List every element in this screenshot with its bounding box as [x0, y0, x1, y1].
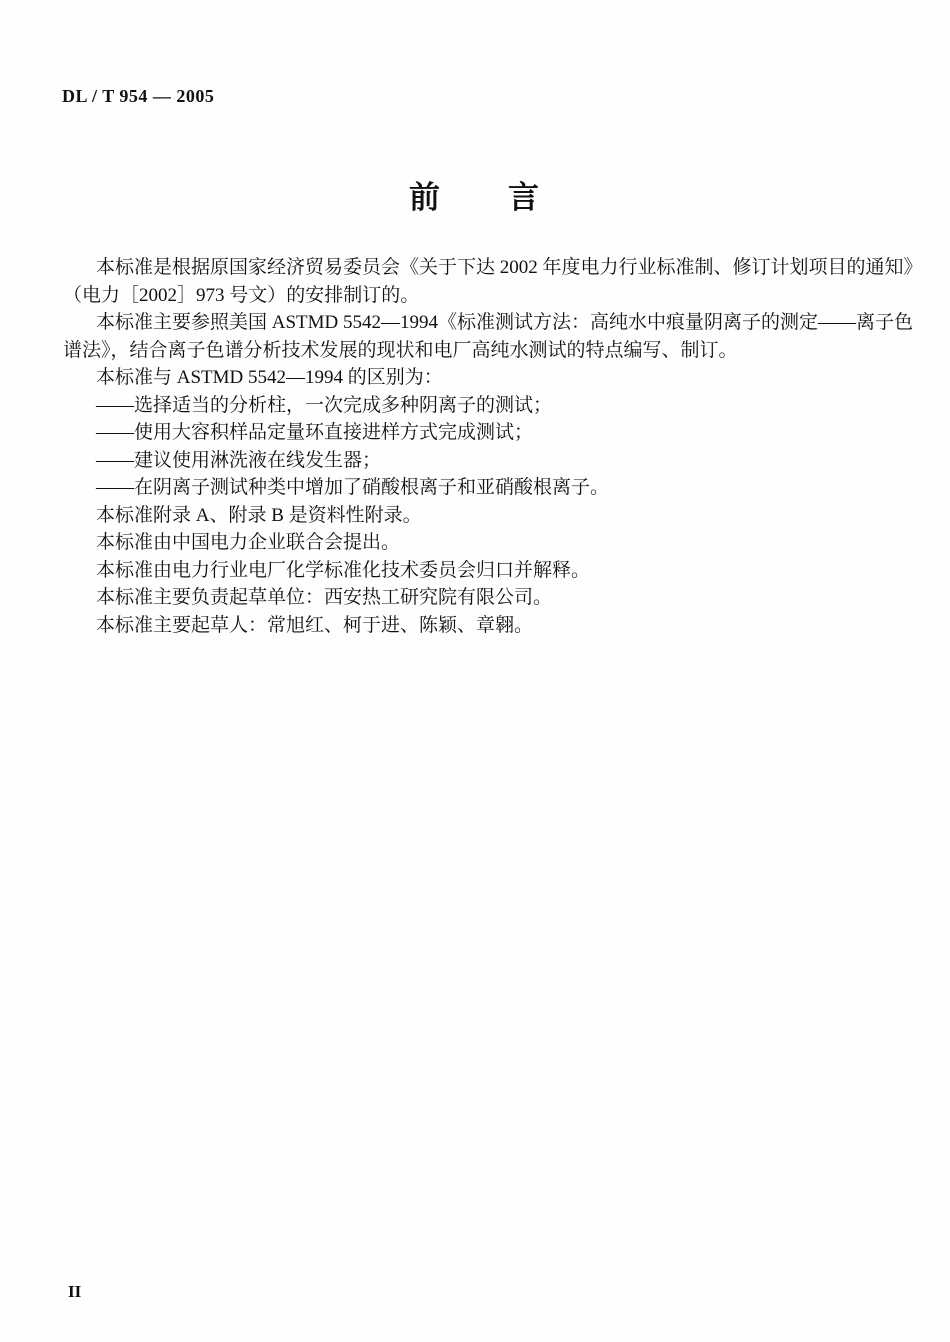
foreword-body: 本标准是根据原国家经济贸易委员会《关于下达 2002 年度电力行业标准制、修订计… — [63, 254, 891, 639]
text-line: ——选择适当的分析柱，一次完成多种阴离子的测试； — [63, 392, 891, 420]
text-line: 本标准由中国电力企业联合会提出。 — [63, 529, 891, 557]
page-number: II — [68, 1282, 81, 1302]
text-line: 本标准主要负责起草单位：西安热工研究院有限公司。 — [63, 584, 891, 612]
text-line: 本标准主要起草人：常旭红、柯于进、陈颖、章翱。 — [63, 612, 891, 640]
text-line: 本标准主要参照美国 ASTMD 5542—1994《标准测试方法：高纯水中痕量阴… — [63, 309, 891, 337]
text-line: 本标准是根据原国家经济贸易委员会《关于下达 2002 年度电力行业标准制、修订计… — [63, 254, 891, 282]
text-line: 谱法》，结合离子色谱分析技术发展的现状和电厂高纯水测试的特点编写、制订。 — [63, 337, 891, 365]
document-page: DL / T 954 — 2005 前 言 本标准是根据原国家经济贸易委员会《关… — [0, 0, 950, 1342]
text-line: ——在阴离子测试种类中增加了硝酸根离子和亚硝酸根离子。 — [63, 474, 891, 502]
text-line: （电力［2002］973 号文）的安排制订的。 — [63, 282, 891, 310]
page-title: 前 言 — [0, 172, 950, 217]
text-line: ——建议使用淋洗液在线发生器； — [63, 447, 891, 475]
text-line: ——使用大容积样品定量环直接进样方式完成测试； — [63, 419, 891, 447]
text-line: 本标准附录 A、附录 B 是资料性附录。 — [63, 502, 891, 530]
standard-number-header: DL / T 954 — 2005 — [62, 86, 214, 107]
text-line: 本标准与 ASTMD 5542—1994 的区别为： — [63, 364, 891, 392]
text-line: 本标准由电力行业电厂化学标准化技术委员会归口并解释。 — [63, 557, 891, 585]
